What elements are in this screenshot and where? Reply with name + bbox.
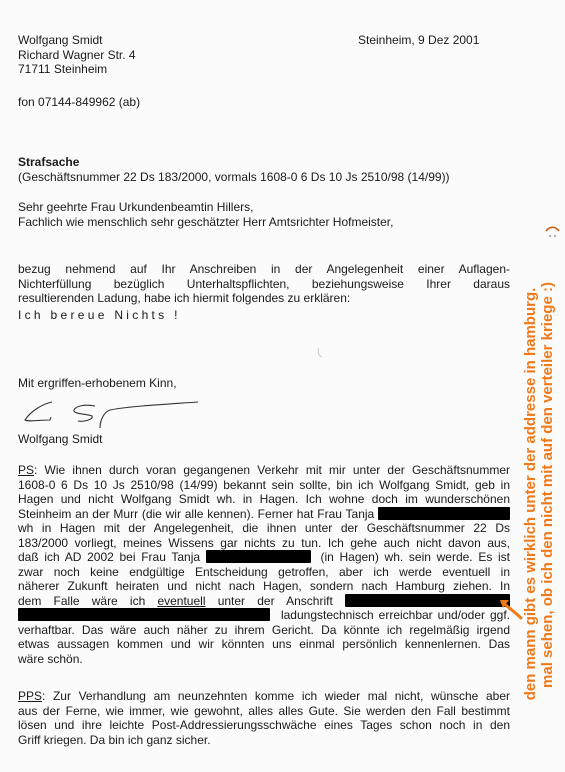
ps-line: wäre schön.	[18, 652, 510, 667]
pps-paragraph: PPS: Zur Verhandlung am neunzehnten komm…	[18, 689, 510, 747]
statement: Ich bereue Nichts !	[18, 308, 181, 323]
salutation-line: Sehr geehrte Frau Urkundenbeamtin Hiller…	[18, 200, 393, 215]
ps-line: 183/2000 vorliegt, meines Wissens gar ni…	[18, 536, 510, 551]
ps-line: Steinheim an der Murr (die wir alle kenn…	[18, 507, 510, 522]
pps-line: lösen und ihre leichte Post-Addressierun…	[18, 718, 510, 733]
redacted-block	[18, 608, 270, 621]
pen-mark-icon	[316, 347, 326, 359]
ps-line: ladungstechnisch erreichbar und/oder ggf…	[18, 608, 510, 623]
pps-line: aus der Ferne, wie immer, wie gewohnt, a…	[18, 704, 510, 719]
ps-paragraph: PS: Wie ihnen durch voran gegangenen Ver…	[18, 463, 510, 666]
arrow-icon	[497, 592, 523, 620]
sender-address: Wolfgang Smidt Richard Wagner Str. 4 717…	[18, 33, 136, 77]
body-line: bezug nehmend auf Ihr Anschreiben in der…	[18, 262, 510, 277]
ps-line: verhaftbar. Das wäre auch näher zu ihrem…	[18, 623, 510, 638]
body-paragraph: bezug nehmend auf Ihr Anschreiben in der…	[18, 262, 510, 306]
closing: Mit ergriffen-erhobenem Kinn,	[18, 376, 177, 391]
sender-phone: fon 07144-849962 (ab)	[18, 95, 140, 110]
ps-line: 1608-0 6 Ds 10 Js 2510/98 (14/99) bekann…	[18, 478, 510, 493]
sender-city: 71711 Steinheim	[18, 62, 136, 77]
ps-line: Hagen und nicht Wolfgang Smidt wh. in Ha…	[18, 492, 510, 507]
sender-name: Wolfgang Smidt	[18, 33, 136, 48]
emphasis-eventuell: eventuell	[157, 594, 205, 608]
ps-line: dem Falle wäre ich eventuell unter der A…	[18, 594, 510, 609]
redacted-block	[345, 594, 510, 607]
subject-reference: (Geschäftsnummer 22 Ds 183/2000, vormals…	[18, 170, 450, 185]
body-line: resultierenden Ladung, habe ich hiermit …	[18, 291, 510, 306]
pps-line: Griff kriegen. Da bin ich ganz sicher.	[18, 733, 510, 748]
subject-block: Strafsache (Geschäftsnummer 22 Ds 183/20…	[18, 155, 450, 184]
letter-date: Steinheim, 9 Dez 2001	[358, 33, 479, 48]
pps-label: PPS	[18, 689, 42, 703]
redacted-block	[206, 550, 311, 563]
annotation-line: den mann gibt es wirklich unter der addr…	[522, 224, 539, 764]
ps-line: wh in Hagen mit der Angelegenheit, die i…	[18, 521, 510, 536]
subject-title: Strafsache	[18, 155, 450, 170]
ps-line: daß ich AD 2002 bei Frau Tanja (in Hagen…	[18, 550, 510, 565]
salutation-line: Fachlich wie menschlich sehr geschätzter…	[18, 215, 393, 230]
ps-line: zwar noch keine endgültige Entscheidung …	[18, 565, 510, 580]
redacted-block	[378, 507, 510, 520]
salutation: Sehr geehrte Frau Urkundenbeamtin Hiller…	[18, 200, 393, 229]
signature-icon	[20, 398, 200, 430]
sender-street: Richard Wagner Str. 4	[18, 48, 136, 63]
ps-line: PS: Wie ihnen durch voran gegangenen Ver…	[18, 463, 510, 478]
body-line: Nichterfüllung bezüglich Unterhaltspflic…	[18, 277, 510, 292]
annotation-line: mal sehen, ob ich den nicht mit auf den …	[539, 224, 556, 764]
pps-line: PPS: Zur Verhandlung am neunzehnten komm…	[18, 689, 510, 704]
ps-line: näherer Zukunft heiraten und nicht nach …	[18, 579, 510, 594]
ps-line: etwas aussagen kommen und wir könnten un…	[18, 637, 510, 652]
handwritten-annotation: den mann gibt es wirklich unter der addr…	[522, 224, 556, 764]
ps-label: PS	[18, 463, 34, 477]
signature-name: Wolfgang Smidt	[18, 432, 103, 447]
smiley-icon	[542, 225, 562, 245]
